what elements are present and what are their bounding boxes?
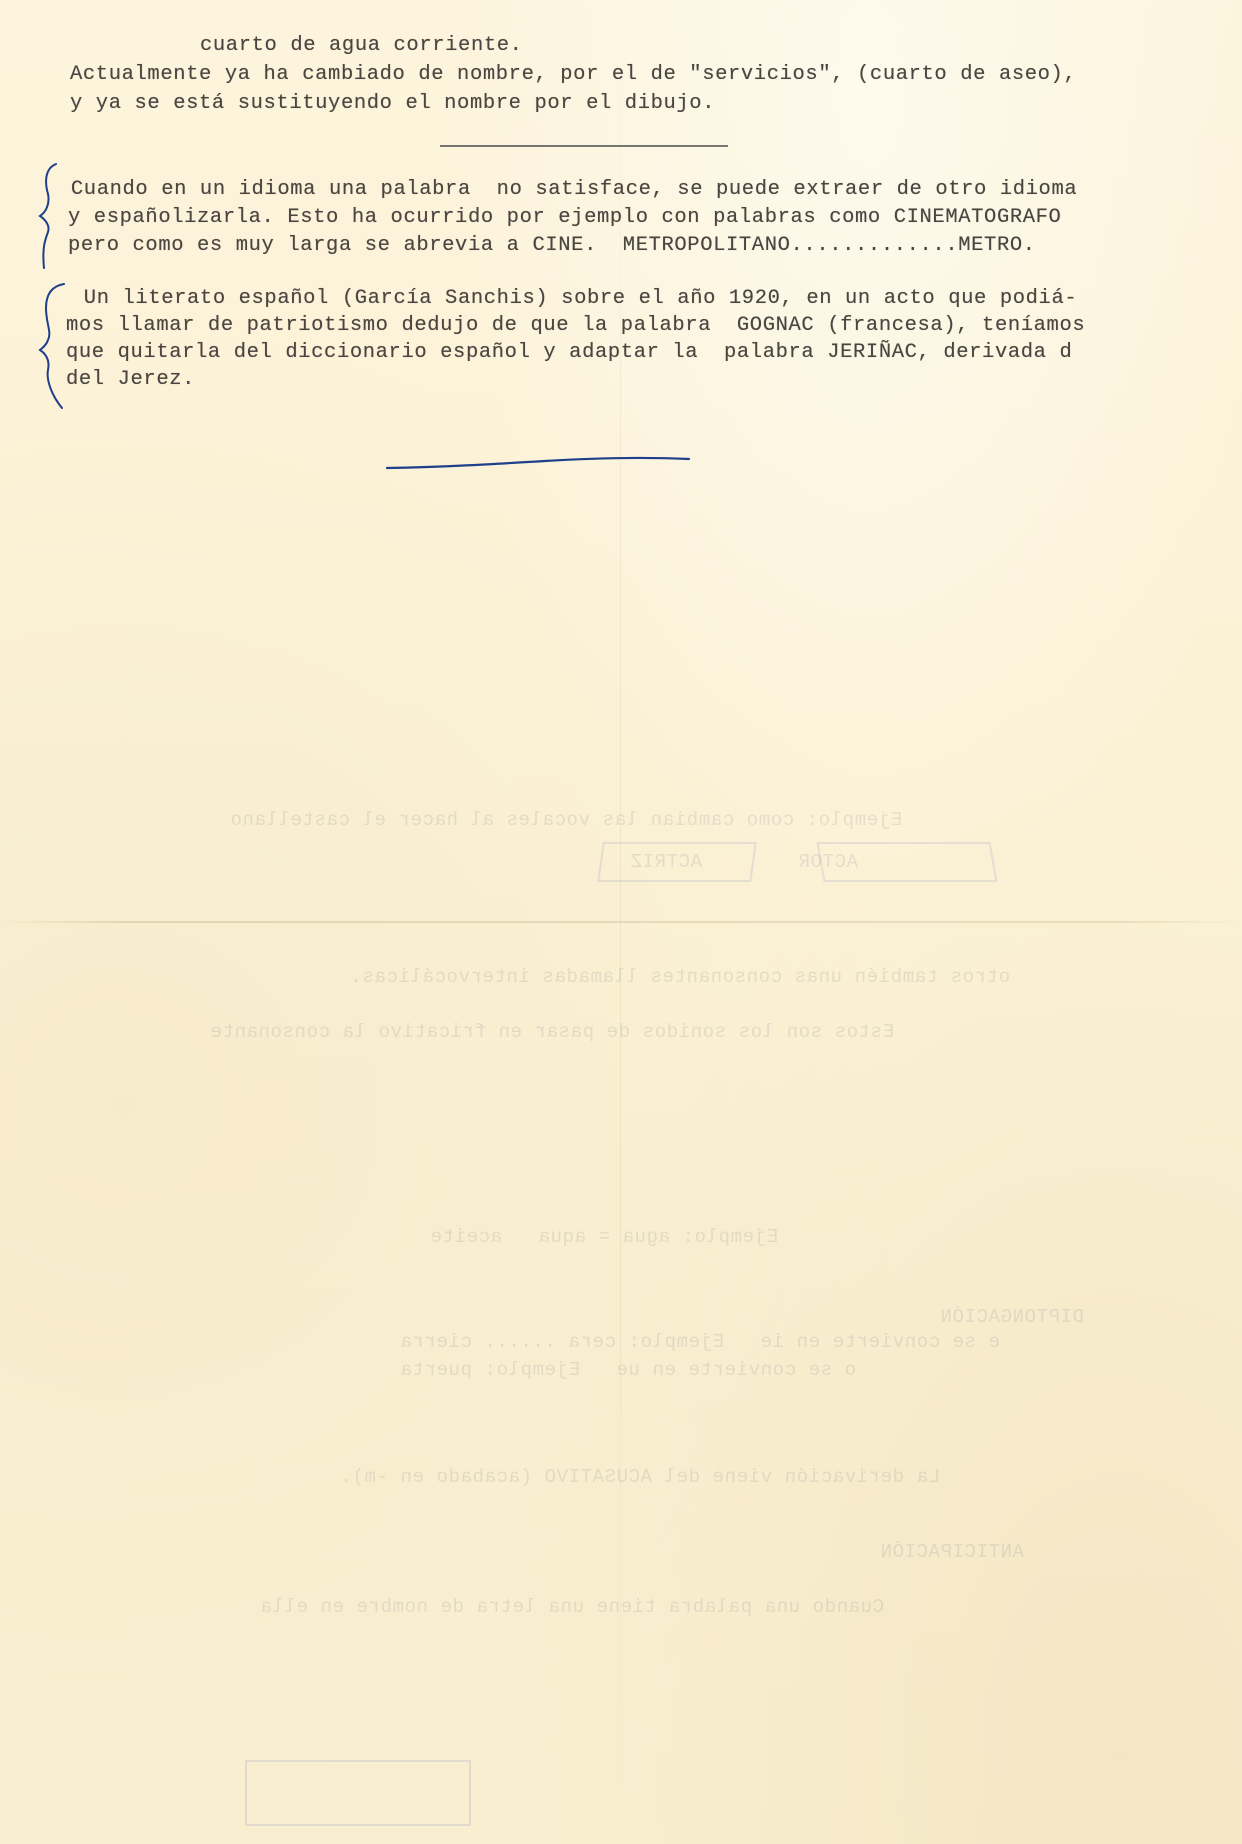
- bleed-line: e se convierte en ie Ejemplo: cera .....…: [400, 1330, 1000, 1354]
- text-line: Cuando en un idioma una palabra no satis…: [58, 178, 1077, 202]
- bleed-line: ANTICIPACIÓN: [880, 1540, 1024, 1564]
- handwritten-brace-2-icon: [38, 280, 72, 410]
- bleed-line: Cuando una palabra tiene una letra de no…: [260, 1595, 884, 1619]
- text-line: cuarto de agua corriente.: [200, 34, 523, 58]
- text-line: mos llamar de patriotismo dedujo de que …: [66, 314, 1085, 338]
- bleed-line: DIPTONGACIÓN: [940, 1305, 1084, 1329]
- paper-fold-horizontal: [0, 921, 1242, 923]
- text-line: Actualmente ya ha cambiado de nombre, po…: [70, 63, 1076, 87]
- bleed-line: o se convierte en ue Ejemplo: puerta: [400, 1358, 856, 1382]
- text-line: pero como es muy larga se abrevia a CINE…: [68, 234, 1036, 258]
- bleed-line: Ejemplo: agua = aqua aceite: [430, 1225, 778, 1249]
- text-line: que quitarla del diccionario español y a…: [66, 341, 1072, 365]
- text-line: del Jerez.: [66, 368, 195, 392]
- typed-separator-rule: [440, 145, 728, 147]
- text-line: y ya se está sustituyendo el nombre por …: [70, 92, 715, 116]
- bleed-line: Ejemplo: como cambian las vocales al hac…: [230, 808, 902, 832]
- bleed-line: La derivación viene del ACUSATIVO (acaba…: [340, 1465, 940, 1489]
- bleed-line: Estos son los sonidos de pasar en fricat…: [210, 1020, 894, 1044]
- bleed-stamp: [245, 1760, 471, 1826]
- text-line: y españolizarla. Esto ha ocurrido por ej…: [68, 206, 1061, 230]
- text-line: Un literato español (García Sanchis) sob…: [58, 287, 1077, 311]
- handwritten-underline-icon: [385, 452, 695, 472]
- paper-fold-vertical: [620, 0, 621, 1844]
- bleed-line: ACTOR ACTRIZ: [630, 850, 858, 874]
- bleed-line: otros también unas consonantes llamadas …: [350, 965, 1010, 989]
- handwritten-brace-1-icon: [36, 160, 66, 270]
